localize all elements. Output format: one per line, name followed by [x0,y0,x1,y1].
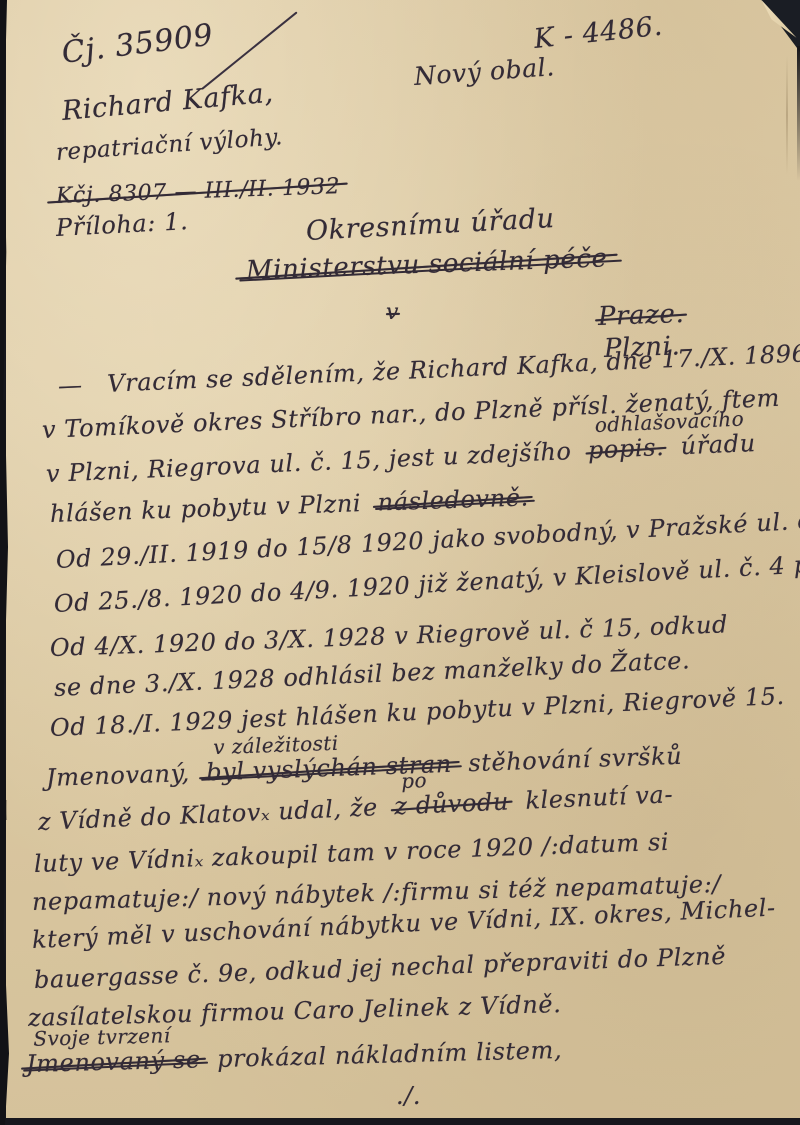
torn-left-edge [0,0,7,420]
struck-preposition: v [386,300,399,325]
struck-city: Praze. [597,299,684,332]
struck-word: popis. [587,433,665,464]
inserted-word: po [401,768,428,793]
paper-crease [786,55,788,175]
indent-dash: — [57,371,83,400]
struck-phrase: Jmenovaný se [26,1045,201,1078]
struck-word: následovně. [377,483,529,516]
end-mark: ./. [396,1082,421,1110]
scanned-document-page: Čj. 35909 Richard Kafka, repatriační výl… [0,0,800,1125]
struck-phrase: z důvodu [394,787,510,820]
